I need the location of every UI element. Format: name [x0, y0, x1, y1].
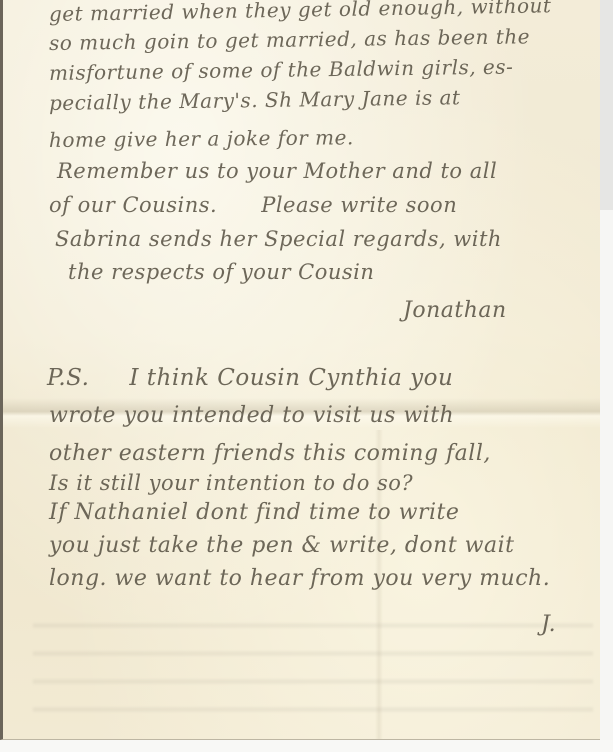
letter-line: pecially the Mary's. Sh Mary Jane is at [49, 85, 461, 115]
postscript-line: I think Cousin Cynthia you [129, 365, 453, 391]
letter-line: misfortune of some of the Baldwin girls,… [49, 55, 514, 85]
scanner-background-bottom [0, 740, 613, 752]
signature: Jonathan [403, 298, 507, 323]
scanner-background-right [600, 0, 613, 752]
postscript-label: P.S. [47, 365, 89, 391]
please-write-soon: Please write soon [261, 193, 457, 217]
postscript-line: long. we want to hear from you very much… [49, 566, 550, 591]
letter-line: so much goin to get married, as has been… [49, 24, 530, 55]
bleed-through-text [33, 605, 593, 715]
letter-line: Remember us to your Mother and to all [57, 159, 497, 183]
postscript-line: If Nathaniel dont find time to write [49, 500, 459, 525]
letter-line-text: of our Cousins. [49, 193, 217, 217]
letter-line: of our Cousins.Please write soon [49, 193, 457, 217]
postscript-first-line: P.S.I think Cousin Cynthia you [47, 365, 453, 391]
postscript-line: you just take the pen & write, dont wait [49, 533, 515, 558]
letter-line: get married when they get old enough, wi… [49, 0, 552, 26]
letter-page: get married when they get old enough, wi… [0, 0, 600, 740]
letter-line: Sabrina sends her Special regards, with [55, 227, 502, 251]
postscript-line: Is it still your intention to do so? [49, 471, 413, 495]
letter-line: the respects of your Cousin [68, 260, 374, 284]
letter-line: home give her a joke for me. [49, 125, 354, 152]
postscript-initial: J. [541, 612, 556, 637]
postscript-line: wrote you intended to visit us with [49, 403, 454, 428]
postscript-line: other eastern friends this coming fall, [49, 441, 491, 466]
